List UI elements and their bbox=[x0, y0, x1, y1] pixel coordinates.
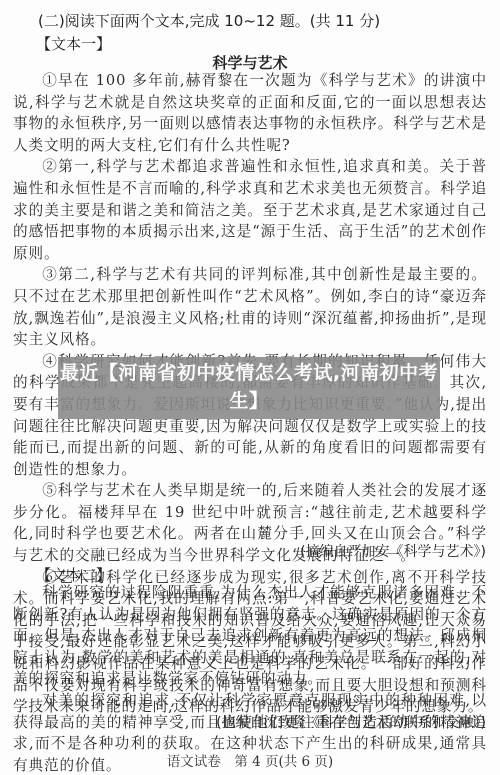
exam-page: (二)阅读下面两个文本,完成 10~12 题。(共 11 分) 【文本一】 科学… bbox=[0, 0, 500, 775]
text-two-paragraph-1: 科学研究的过程险阻重重,为什么杰出人才能够克服诸多困难、不断创新?有人认为是因为… bbox=[13, 582, 487, 690]
section-heading: (二)阅读下面两个文本,完成 10~12 题。(共 11 分) bbox=[38, 10, 380, 31]
text-one-source: (摘编自严加安《科学与艺术》) bbox=[300, 541, 486, 561]
text-two-source: (摘编自沈致隆《科学与艺术的联系和交融》) bbox=[216, 712, 486, 732]
overlay-title: 最近【河南省初中疫情怎么考试,河南初中考生】 bbox=[58, 359, 440, 415]
text-two-body: 科学研究的过程险阻重重,为什么杰出人才能够克服诸多困难、不断创新?有人认为是因为… bbox=[13, 582, 487, 775]
text-one-label: 【文本一】 bbox=[36, 33, 111, 54]
page-footer: 语文试卷 第 4 页(共 6 页) bbox=[0, 750, 500, 770]
paragraph-2: ②第一,科学与艺术都追求普遍性和永恒性,追求真和美。关于普遍性和永恒性是不言而喻… bbox=[13, 156, 487, 264]
paragraph-3: ③第二,科学与艺术有共同的评判标准,其中创新性是最主要的。只不过在艺术那里把创新… bbox=[13, 264, 487, 350]
paragraph-1: ①早在 100 多年前,赫胥黎在一次题为《科学与艺术》的讲演中说,科学与艺术就是… bbox=[13, 70, 487, 156]
